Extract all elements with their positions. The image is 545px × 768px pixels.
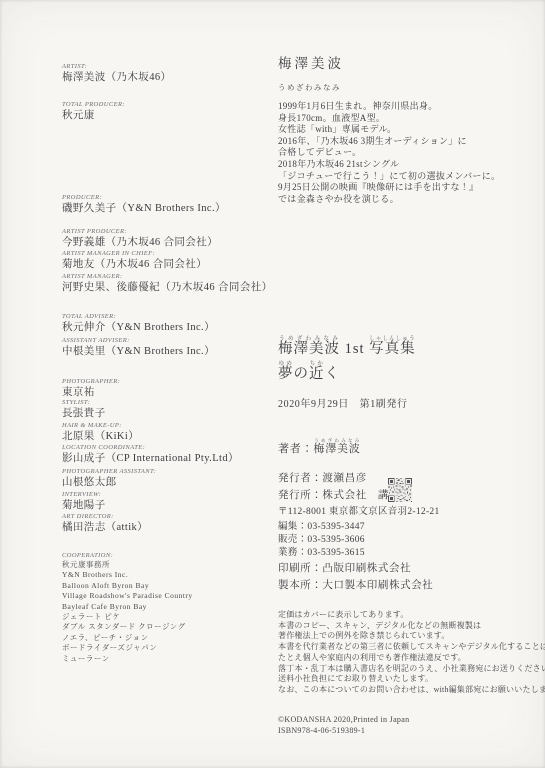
credit-artist-manager: ARTIST MANAGER: 河野史果、後藤優紀（乃木坂46 合同会社）	[62, 273, 272, 294]
fine-print-line: 送料小社負担にてお取り替えいたします。	[278, 674, 545, 685]
profile-line: 合格してデビュー。	[278, 147, 500, 159]
credit-artist-manager-in-chief: ARTIST MANAGER IN CHIEF: 菊地友（乃木坂46 合同会社）	[62, 250, 272, 271]
publisher-company: 発行所：株式会社 講談社	[278, 487, 440, 504]
title-mid: 1st	[340, 341, 369, 357]
cooperation-item: Village Roadshow's Paradise Country	[62, 591, 272, 601]
title-shashinshu: 写真集	[369, 341, 416, 357]
tel-sales: 販売：03-5395-3606	[278, 534, 440, 547]
credit-value: 秋元伸介（Y&N Brothers Inc.）	[62, 321, 272, 334]
book-title-block: 梅澤美波うめざわみなみ 1st 写真集しゃしんしゅう 夢ゆめの近ちかく 2020…	[278, 336, 416, 410]
credit-label: STYLIST:	[62, 399, 272, 407]
cooperation-item: ダブル スタンダード クロージング	[62, 622, 272, 632]
legal-fine-print: 定価はカバーに表示してあります。 本書のコピー、スキャン、デジタル化などの無断複…	[278, 610, 545, 696]
book-title-line2: 夢ゆめの近ちかく	[278, 361, 416, 383]
credit-label: PHOTOGRAPHER ASSISTANT:	[62, 468, 272, 476]
credit-label: ASSISTANT ADVISER:	[62, 337, 272, 345]
artist-name-kana: うめざわみなみ	[278, 82, 500, 93]
credit-label: TOTAL ADVISER:	[62, 313, 272, 321]
credit-label: PHOTOGRAPHER:	[62, 378, 272, 386]
credit-label: ART DIRECTOR:	[62, 513, 272, 521]
title-no: の	[294, 366, 310, 382]
profile-line: 2018年乃木坂46 21stシングル	[278, 159, 500, 171]
credit-stylist: STYLIST: 長張貴子	[62, 399, 272, 420]
credit-value: 菊地陽子	[62, 499, 272, 512]
credit-value: 中根美里（Y&N Brothers Inc.）	[62, 345, 272, 358]
cooperation-item: ノエラ、ピーチ・ジョン	[62, 633, 272, 643]
credit-value: 秋元康	[62, 109, 272, 122]
title-chika-furigana: ちか	[309, 361, 324, 367]
printing-block: 印刷所：凸版印刷株式会社 製本所：大口製本印刷株式会社	[278, 560, 433, 594]
credit-value: 磯野久美子（Y&N Brothers Inc.）	[62, 202, 272, 215]
credit-value: 影山成子（CP International Pty.Ltd）	[62, 452, 272, 465]
tel-editorial: 編集：03-5395-3447	[278, 521, 440, 534]
title-shashinshu-ruby: 写真集しゃしんしゅう	[369, 341, 416, 357]
credit-label: TOTAL PRODUCER:	[62, 101, 272, 109]
credit-interview: INTERVIEW: 菊地陽子	[62, 491, 272, 512]
isbn-line: ISBN978-4-06-519389-1	[278, 725, 409, 736]
credit-artist: ARTIST: 梅澤美波（乃木坂46）	[62, 63, 272, 84]
profile-line: 9月25日公開の映画『映像研には手を出すな！』	[278, 182, 500, 194]
fine-print-line: 著作権法上での例外を除き禁じられています。	[278, 631, 545, 642]
publisher-block: 発行者：渡瀬昌彦 発行所：株式会社 講談社 〒112-8001 東京都文京区音羽…	[278, 470, 440, 560]
credit-artist-producer: ARTIST PRODUCER: 今野義雄（乃木坂46 合同会社）	[62, 228, 272, 249]
fine-print-line: なお、この本についてのお問い合わせは、with編集部宛にお願いいたします。	[278, 685, 545, 696]
credit-value: 菊地友（乃木坂46 合同会社）	[62, 258, 272, 271]
artist-name: 梅澤美波	[278, 52, 500, 72]
credit-location-coordinate: LOCATION COORDINATE: 影山成子（CP Internation…	[62, 444, 272, 465]
fine-print-line: 落丁本・乱丁本は購入書店名を明記のうえ、小社業務宛にお送りください。	[278, 664, 545, 675]
credit-label: ARTIST MANAGER IN CHIEF:	[62, 250, 272, 258]
copyright-line: ©KODANSHA 2020,Printed in Japan	[278, 714, 409, 725]
book-title-line1: 梅澤美波うめざわみなみ 1st 写真集しゃしんしゅう	[278, 336, 416, 358]
cooperation-item: ジェラート ピケ	[62, 612, 272, 622]
credit-label: HAIR & MAKE-UP:	[62, 422, 272, 430]
credit-label: LOCATION COORDINATE:	[62, 444, 272, 452]
title-yume: 夢	[278, 366, 294, 382]
author-label: 著者：	[278, 443, 313, 455]
title-yume-ruby: 夢ゆめ	[278, 366, 294, 382]
credit-total-producer: TOTAL PRODUCER: 秋元康	[62, 101, 272, 122]
fine-print-line: 本書のコピー、スキャン、デジタル化などの無断複製は	[278, 621, 545, 632]
cooperation-item: 秋元康事務所	[62, 560, 272, 570]
author-name: 梅澤美波	[313, 443, 360, 455]
profile-line: 2016年、「乃木坂46 3期生オーディション」に	[278, 136, 500, 148]
author-name-furigana: うめざわみなみ	[313, 438, 360, 443]
qr-code	[388, 478, 412, 502]
credit-label: ARTIST:	[62, 63, 272, 71]
credit-photographer-assistant: PHOTOGRAPHER ASSISTANT: 山根悠太郎	[62, 468, 272, 489]
printer-line: 印刷所：凸版印刷株式会社	[278, 560, 433, 577]
profile-line: 「ジコチューで行こう！」にて初の選抜メンバーに。	[278, 171, 500, 183]
credit-value: 橘田浩志（attik）	[62, 521, 272, 534]
title-yume-furigana: ゆめ	[278, 361, 293, 367]
fine-print-line: 定価はカバーに表示してあります。	[278, 610, 545, 621]
title-chika-ruby: 近ちか	[309, 366, 325, 382]
author-line: 著者：梅澤美波うめざわみなみ	[278, 438, 361, 456]
profile-text: 1999年1月6日生まれ。神奈川県出身。 身長170cm。血液型A型。 女性誌「…	[278, 101, 500, 205]
credit-value: 山根悠太郎	[62, 476, 272, 489]
credit-producer: PRODUCER: 磯野久美子（Y&N Brothers Inc.）	[62, 194, 272, 215]
title-name-furigana: うめざわみなみ	[278, 336, 340, 342]
cooperation-label: COOPERATION:	[62, 552, 272, 560]
publisher-address: 〒112-8001 東京都文京区音羽2-12-21	[278, 504, 440, 521]
credit-label: ARTIST PRODUCER:	[62, 228, 272, 236]
title-chika: 近	[309, 366, 325, 382]
credit-label: ARTIST MANAGER:	[62, 273, 272, 281]
cooperation-item: ミューラーン	[62, 654, 272, 664]
fine-print-line: 本書を代行業者などの第三者に依頼してスキャンやデジタル化することは、	[278, 642, 545, 653]
credit-value: 今野義雄（乃木坂46 合同会社）	[62, 236, 272, 249]
credit-total-adviser: TOTAL ADVISER: 秋元伸介（Y&N Brothers Inc.）	[62, 313, 272, 334]
title-name-ruby: 梅澤美波うめざわみなみ	[278, 341, 340, 357]
credit-value: 北原果（KiKi）	[62, 430, 272, 443]
credit-value: 梅澤美波（乃木坂46）	[62, 71, 272, 84]
credit-assistant-adviser: ASSISTANT ADVISER: 中根美里（Y&N Brothers Inc…	[62, 337, 272, 358]
cooperation-item: Y&N Brothers Inc.	[62, 570, 272, 580]
cooperation-item: ボードライダーズジャパン	[62, 643, 272, 653]
copyright-block: ©KODANSHA 2020,Printed in Japan ISBN978-…	[278, 714, 409, 736]
credit-hair-make-up: HAIR & MAKE-UP: 北原果（KiKi）	[62, 422, 272, 443]
credit-value: 河野史果、後藤優紀（乃木坂46 合同会社）	[62, 281, 272, 294]
credit-art-director: ART DIRECTOR: 橘田浩志（attik）	[62, 513, 272, 534]
publisher-person: 発行者：渡瀬昌彦	[278, 470, 440, 487]
profile-line: 女性誌「with」専属モデル。	[278, 124, 500, 136]
title-shashinshu-furigana: しゃしんしゅう	[369, 336, 415, 342]
profile-line: 1999年1月6日生まれ。神奈川県出身。	[278, 101, 500, 113]
fine-print-line: たとえ個人や家庭内の利用でも著作権法違反です。	[278, 653, 545, 664]
credit-label: INTERVIEW:	[62, 491, 272, 499]
credit-value: 東京祐	[62, 386, 272, 399]
cooperation-item: Bayleaf Cafe Byron Bay	[62, 602, 272, 612]
cooperation-section: COOPERATION: 秋元康事務所 Y&N Brothers Inc. Ba…	[62, 552, 272, 664]
profile-line: 身長170cm。血液型A型。	[278, 113, 500, 125]
publication-date: 2020年9月29日 第1刷発行	[278, 395, 416, 410]
colophon-page: ARTIST: 梅澤美波（乃木坂46） TOTAL PRODUCER: 秋元康 …	[0, 0, 545, 768]
artist-profile: 梅澤美波 うめざわみなみ 1999年1月6日生まれ。神奈川県出身。 身長170c…	[278, 52, 500, 205]
author-name-ruby: 梅澤美波うめざわみなみ	[313, 443, 360, 455]
title-name: 梅澤美波	[278, 341, 340, 357]
binder-line: 製本所：大口製本印刷株式会社	[278, 577, 433, 594]
left-column-credits: ARTIST: 梅澤美波（乃木坂46） TOTAL PRODUCER: 秋元康 …	[62, 63, 272, 664]
cooperation-item: Balloon Aloft Byron Bay	[62, 581, 272, 591]
title-ku: く	[325, 366, 341, 382]
credit-value: 長張貴子	[62, 407, 272, 420]
tel-business: 業務：03-5395-3615	[278, 547, 440, 560]
credit-label: PRODUCER:	[62, 194, 272, 202]
credit-photographer: PHOTOGRAPHER: 東京祐	[62, 378, 272, 399]
profile-line: では金森さやか役を演じる。	[278, 194, 500, 206]
